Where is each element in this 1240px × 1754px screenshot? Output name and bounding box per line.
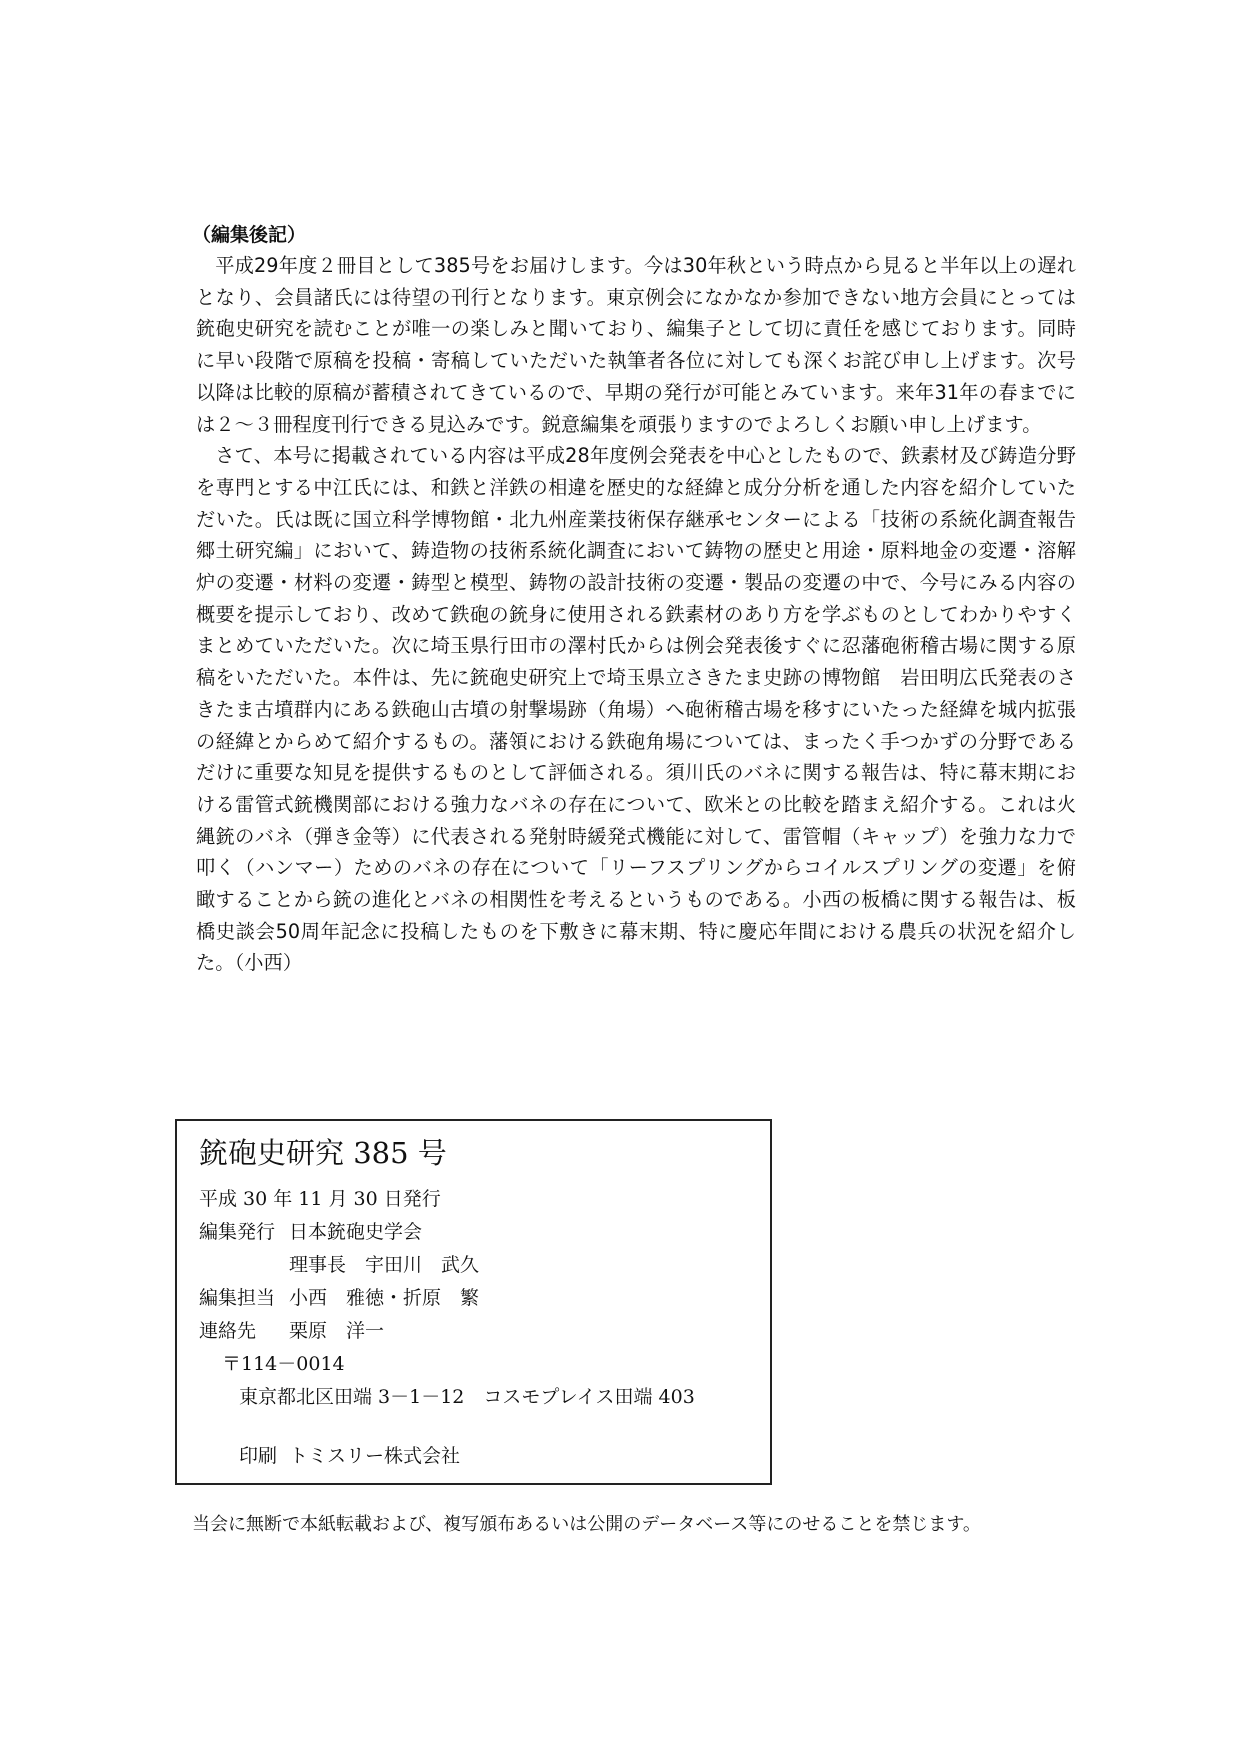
postal-code: 〒114－0014 [222, 1351, 345, 1377]
publisher-label: 編集発行 [199, 1219, 275, 1245]
colophon-box: 銃砲史研究 385 号 平成 30 年 11 月 30 日発行 編集発行 日本銃… [175, 1119, 772, 1485]
issue-date: 平成 30 年 11 月 30 日発行 [199, 1186, 441, 1212]
copyright-notice: 当会に無断で本紙転載および、複写頒布あるいは公開のデータベース等にのせることを禁… [192, 1512, 981, 1538]
printer-label: 印刷 [239, 1443, 277, 1469]
journal-issue-title: 銃砲史研究 385 号 [199, 1133, 447, 1173]
printer-name: トミスリー株式会社 [289, 1443, 460, 1469]
contact-label: 連絡先 [199, 1318, 256, 1344]
address: 東京都北区田端 3－1－12 コスモプレイス田端 403 [239, 1384, 695, 1410]
postscript-title: （編集後記） [192, 220, 1076, 250]
editors-label: 編集担当 [199, 1285, 275, 1311]
publisher-name: 日本銃砲史学会 [289, 1219, 422, 1245]
editors-postscript: （編集後記） 平成29年度２冊目として385号をお届けします。今は30年秋という… [196, 220, 1076, 979]
postscript-paragraph-1: 平成29年度２冊目として385号をお届けします。今は30年秋という時点から見ると… [196, 250, 1076, 440]
editors: 小西 雅徳・折原 繁 [289, 1285, 479, 1311]
postscript-paragraph-2: さて、本号に掲載されている内容は平成28年度例会発表を中心としたもので、鉄素材及… [196, 440, 1076, 979]
contact-person: 栗原 洋一 [289, 1318, 384, 1344]
chairman: 理事長 宇田川 武久 [289, 1252, 479, 1278]
